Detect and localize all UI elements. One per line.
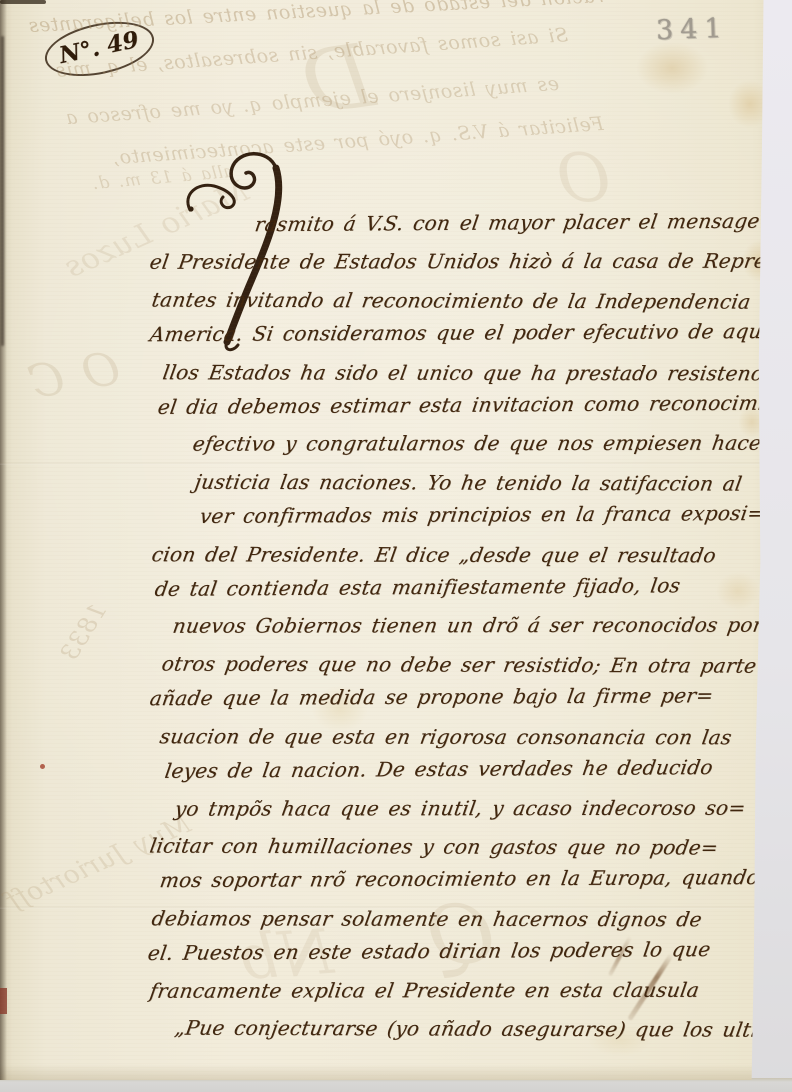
folio-stamp: 341 bbox=[655, 13, 729, 47]
handwritten-line: francamente explica el Presidente en est… bbox=[0, 971, 792, 1009]
bleedthrough-text: es muy lisonjero el ejemplo q. yo me ofr… bbox=[65, 73, 560, 129]
handwritten-line: el dia debemos estimar esta invitacion c… bbox=[0, 384, 792, 426]
handwritten-line: leyes de la nacion. De estas verdades he… bbox=[0, 749, 792, 791]
handwritten-line: efectivo y congratularnos de que nos emp… bbox=[0, 425, 792, 463]
handwritten-line: el. Puestos en este estado dirian los po… bbox=[0, 931, 792, 973]
handwritten-line: mos soportar nrõ reconocimiento en la Eu… bbox=[0, 859, 792, 900]
handwritten-line: yo tmpõs haca que es inutil, y acaso ind… bbox=[0, 789, 792, 827]
handwritten-line: el Presidente de Estados Unidos hizò á l… bbox=[0, 243, 792, 281]
letter-body: rasmito á V.S. con el mayor placer el me… bbox=[0, 208, 792, 1045]
document-number-text: N°. 49 bbox=[40, 13, 159, 85]
stain bbox=[728, 80, 772, 128]
bleedthrough-text: D bbox=[295, 24, 380, 136]
scanner-bottom-strip bbox=[0, 1078, 792, 1092]
handwritten-line: de tal contienda esta manifiestamente fi… bbox=[0, 567, 792, 609]
handwritten-line: rasmito á V.S. con el mayor placer el me… bbox=[0, 202, 792, 244]
handwritten-line: añade que la medida se propone bajo la f… bbox=[0, 677, 792, 718]
handwritten-line: „Pue conjecturarse (yo añado asegurarse)… bbox=[0, 1009, 792, 1048]
scan-background: 341 N°. 49 racion del estado de la quest… bbox=[0, 0, 792, 1092]
manuscript-page: 341 N°. 49 racion del estado de la quest… bbox=[0, 0, 792, 1080]
handwritten-line: nuevos Gobiernos tienen un drõ á ser rec… bbox=[0, 607, 792, 645]
document-number: N°. 49 bbox=[41, 16, 158, 83]
handwritten-line: ver confirmados mis principios en la fra… bbox=[0, 495, 792, 536]
top-edge-mark bbox=[0, 0, 46, 4]
handwritten-line: America. Si consideramos que el poder ef… bbox=[0, 313, 792, 354]
stain bbox=[636, 42, 708, 94]
